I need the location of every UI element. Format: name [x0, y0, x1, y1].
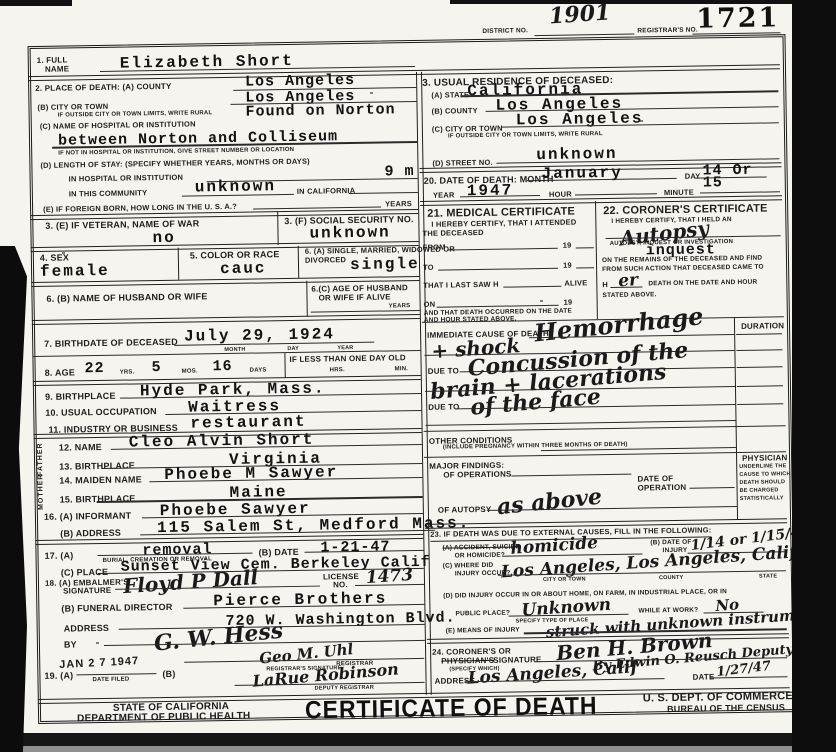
father-birthplace-label: 13. BIRTHPLACE — [59, 460, 135, 472]
scan-shadow-bottom — [0, 746, 836, 752]
director-address-label: ADDRESS — [64, 623, 110, 634]
license-label-2: NO. — [333, 580, 348, 589]
registrar-no-label: REGISTRAR'S NO. — [637, 27, 698, 35]
scan-edge-top-right — [450, 0, 793, 4]
age-min-label: MIN. — [395, 366, 409, 373]
age-days-value: 16 — [212, 359, 232, 374]
physician-note-2: UNDERLINE THE — [739, 463, 786, 470]
accident-suicide-label-2: OR HOMICIDE? — [455, 552, 506, 560]
medical-on-label: ON — [424, 301, 436, 310]
embalmer-label-2: SIGNATURE — [63, 586, 111, 596]
mother-name-label: 14. MAIDEN NAME — [59, 474, 142, 486]
medical-19-b: 19 — [563, 262, 572, 271]
physician-note-title: PHYSICIAN — [742, 453, 788, 463]
funeral-director-label: (B) FUNERAL DIRECTOR — [61, 602, 172, 614]
physician-note-4: DEATH SHOULD — [739, 479, 785, 486]
marital-value: single — [350, 256, 420, 273]
coroner-h-label: H — [602, 281, 608, 290]
medical-from-label: FROM — [423, 244, 446, 253]
age-hrs-label: HRS. — [330, 367, 345, 374]
death-year-label: YEAR — [433, 191, 455, 200]
where-injury-label-1: (C) WHERE DID — [443, 562, 494, 570]
in-hospital-value: 9 m — [384, 164, 414, 179]
place-county-value: Los Angeles — [245, 73, 355, 90]
district-no-label: DISTRICT NO. — [482, 27, 528, 35]
operations-label: OF OPERATIONS — [443, 470, 511, 480]
coroner-sig-label-2a: PHYSICIAN'S — [441, 656, 494, 666]
marital-label-2: DIVORCED — [305, 256, 346, 265]
accident-suicide-label-1: (A) ACCIDENT, SUICIDE — [442, 543, 520, 552]
disposition-label: 17. (A) — [44, 550, 73, 561]
state-sub-label: STATE — [759, 573, 777, 580]
public-place-label: PUBLIC PLACE? — [455, 610, 510, 618]
mother-birthplace-label: 15. BIRTHPLACE — [60, 493, 136, 505]
filing-b-label: (B) — [162, 669, 175, 680]
physician-note-6: STATISTICALLY — [740, 495, 784, 502]
father-side-label: FATHER — [37, 442, 45, 476]
year-stamp: 1901 — [548, 1, 611, 27]
date-of-operation-label-2: OPERATION — [637, 483, 686, 493]
physician-note-3: CAUSE TO WHICH — [739, 471, 790, 478]
date-filed-label: DATE FILED — [92, 677, 129, 684]
age-years-value: 22 — [84, 361, 104, 376]
informant-address-label: (B) ADDRESS — [60, 528, 121, 539]
scan-edge-top-left — [0, 0, 72, 6]
certificate-of-death-title: CERTIFICATE OF DEATH — [305, 693, 598, 722]
certificate-form: 1901 DISTRICT NO. REGISTRAR'S NO. 1721 1… — [0, 0, 836, 752]
due-to-1-label: DUE TO — [428, 366, 459, 376]
full-name-label-2: NAME — [45, 64, 70, 74]
physician-note-5: BE CHARGED — [740, 487, 779, 494]
medical-to-label: TO — [423, 264, 434, 273]
due-to-2-label: DUE TO — [428, 402, 459, 412]
medical-19-a: 19 — [563, 242, 572, 251]
age-less-than-day-label: IF LESS THAN ONE DAY OLD — [289, 353, 406, 364]
sex-value: female — [40, 263, 110, 280]
occupation-label: 10. USUAL OCCUPATION — [45, 406, 157, 418]
foreign-years-label: YEARS — [385, 200, 412, 209]
scan-speck — [540, 300, 543, 302]
coroner-certificate-title: 22. CORONER'S CERTIFICATE — [603, 202, 768, 217]
rule — [534, 34, 634, 37]
residence-county-label: (B) COUNTY — [432, 107, 478, 116]
scanned-death-certificate: 1901 DISTRICT NO. REGISTRAR'S NO. 1721 1… — [0, 0, 836, 752]
medical-19-c: 19 — [564, 299, 573, 308]
means-of-injury-label: (E) MEANS OF INJURY — [446, 626, 520, 635]
father-name-label: 12. NAME — [59, 442, 102, 453]
veteran-value: no — [152, 230, 175, 246]
community-value: unknown — [195, 178, 276, 195]
ssn-value: unknown — [309, 224, 390, 241]
age-label: 8. AGE — [45, 367, 76, 378]
duration-label: DURATION — [741, 321, 784, 331]
filing-label: 19. (A) — [44, 670, 73, 681]
county-sub-label: COUNTY — [659, 575, 684, 582]
by-label: BY — [64, 639, 77, 650]
medical-alive-label: ALIVE — [564, 279, 587, 288]
registrar-no-value: 1721 — [696, 4, 780, 32]
footer-state-line-2: DEPARTMENT OF PUBLIC HEALTH — [77, 711, 251, 725]
scan-speck — [640, 120, 643, 122]
industry-value: restaurant — [190, 414, 306, 432]
scan-speck — [62, 252, 65, 254]
scan-edge-right — [792, 0, 836, 752]
place-found-value: Found on Norton — [245, 102, 395, 119]
age-months-value: 5 — [151, 360, 161, 375]
deputy-registrar-label: DEPUTY REGISTRAR — [315, 685, 374, 692]
footer-commerce-line-2: BUREAU OF THE CENSUS — [667, 702, 785, 714]
date-of-injury-label-1: (B) DATE OF — [650, 539, 691, 547]
scan-speck — [96, 642, 99, 644]
race-value: cauc — [220, 260, 267, 277]
of-autopsy-label: OF AUTOPSY — [438, 505, 492, 515]
birthplace-label: 9. BIRTHPLACE — [45, 391, 116, 402]
birthdate-label: 7. BIRTHDATE OF DECEASED — [44, 337, 178, 349]
coroner-line-5: STATED ABOVE. — [602, 291, 656, 299]
community-label: IN THIS COMMUNITY — [69, 189, 148, 199]
age-months-label: MOS. — [182, 368, 198, 375]
spouse-age-label-2: OR WIFE IF ALIVE — [318, 292, 390, 302]
mother-side-label: MOTHER — [37, 476, 45, 510]
city-or-town-sub-label: CITY OR TOWN — [543, 576, 586, 583]
age-days-label: DAYS — [250, 367, 267, 374]
age-years-label: YRS. — [120, 369, 135, 376]
disposition-date-value: 1-21-47 — [320, 539, 390, 555]
medical-last-saw-label: THAT I LAST SAW H — [423, 281, 498, 291]
medical-line-2: THE DECEASED — [422, 229, 483, 239]
scan-edge-bottom — [0, 733, 836, 746]
informant-label: 16. (A) INFORMANT — [44, 511, 132, 523]
in-hospital-label: IN HOSPITAL OR INSTITUTION — [69, 174, 184, 184]
scan-speck — [370, 92, 373, 94]
in-california-label: IN CALIFORNIA — [297, 187, 356, 197]
